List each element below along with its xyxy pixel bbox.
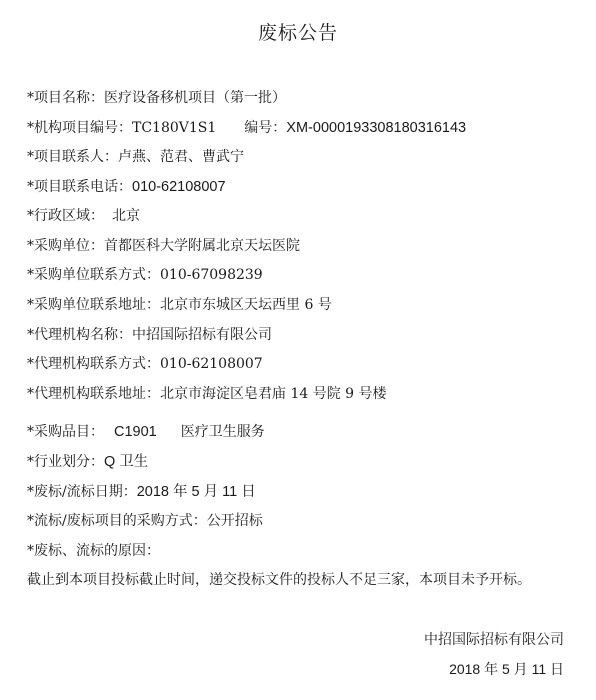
- field-label-2: 编号：: [244, 120, 286, 136]
- field-label: *代理机构名称：: [27, 327, 132, 343]
- footer-date: 2018 年 5 月 11 日: [449, 659, 564, 679]
- field-value: C1901: [114, 424, 157, 440]
- field-value: 中招国际招标有限公司: [132, 327, 272, 343]
- field-label: *项目名称：: [27, 90, 104, 106]
- field-project-name: *项目名称：医疗设备移机项目（第一批）: [27, 89, 286, 107]
- field-value-2: XM-0000193308180316143: [286, 120, 466, 136]
- field-label: *流标/废标项目的采购方式：: [27, 513, 207, 529]
- field-procurement-category: *采购品目：C1901医疗卫生服务: [27, 423, 265, 441]
- field-value: 北京: [112, 208, 140, 224]
- field-industry: *行业划分：Q 卫生: [27, 453, 148, 471]
- field-agency-name: *代理机构名称：中招国际招标有限公司: [27, 326, 272, 344]
- field-purchaser-phone: *采购单位联系方式：010-67098239: [27, 266, 263, 284]
- field-label: *项目联系电话：: [27, 179, 132, 195]
- field-value: 010-62108007: [160, 356, 263, 372]
- field-agency-phone: *代理机构联系方式：010-62108007: [27, 355, 263, 373]
- page-title: 废标公告: [0, 18, 596, 45]
- field-label: *采购单位联系地址：: [27, 297, 160, 313]
- field-label: *采购品目：: [27, 424, 104, 440]
- field-value: TC180V1S1: [132, 120, 216, 136]
- footer-organization: 中招国际招标有限公司: [424, 629, 564, 649]
- field-label: *废标、流标的原因：: [27, 543, 160, 559]
- field-purchaser-address: *采购单位联系地址：北京市东城区天坛西里 6 号: [27, 296, 332, 314]
- field-label: *采购单位：: [27, 238, 104, 254]
- field-value: 医疗设备移机项目（第一批）: [104, 90, 286, 106]
- field-cancel-date: *废标/流标日期：2018 年 5 月 11 日: [27, 483, 256, 501]
- field-procurement-method: *流标/废标项目的采购方式：公开招标: [27, 512, 263, 530]
- field-value: 公开招标: [207, 513, 263, 529]
- field-value: 北京市海淀区皂君庙 14 号院 9 号楼: [160, 386, 387, 402]
- field-project-phone: *项目联系电话：010-62108007: [27, 178, 226, 196]
- field-value: 010-62108007: [132, 179, 226, 195]
- field-label: *代理机构联系方式：: [27, 356, 160, 372]
- field-value: 首都医科大学附属北京天坛医院: [104, 238, 300, 254]
- field-purchaser: *采购单位：首都医科大学附属北京天坛医院: [27, 237, 300, 255]
- field-value: Q 卫生: [104, 454, 148, 470]
- field-value: 010-67098239: [160, 267, 263, 283]
- field-value-2: 医疗卫生服务: [181, 424, 265, 440]
- field-label: *机构项目编号：: [27, 120, 132, 136]
- field-value: 北京市东城区天坛西里 6 号: [160, 297, 332, 313]
- field-value: 2018 年 5 月 11 日: [137, 484, 256, 500]
- field-label: *项目联系人：: [27, 149, 118, 165]
- field-agency-project-number: *机构项目编号：TC180V1S1编号：XM-00001933081803161…: [27, 119, 466, 137]
- field-label: *采购单位联系方式：: [27, 267, 160, 283]
- field-value: 卢燕、范君、曹武宁: [118, 149, 244, 165]
- field-project-contacts: *项目联系人：卢燕、范君、曹武宁: [27, 148, 244, 166]
- field-label: *行业划分：: [27, 454, 104, 470]
- field-region: *行政区域：北京: [27, 207, 140, 225]
- field-agency-address: *代理机构联系地址：北京市海淀区皂君庙 14 号院 9 号楼: [27, 385, 387, 403]
- field-label: *行政区域：: [27, 208, 104, 224]
- field-label: *代理机构联系地址：: [27, 386, 160, 402]
- field-label: *废标/流标日期：: [27, 484, 137, 500]
- cancel-reason-text: 截止到本项目投标截止时间，递交投标文件的投标人不足三家，本项目未予开标。: [27, 571, 531, 589]
- field-cancel-reason: *废标、流标的原因：: [27, 542, 160, 560]
